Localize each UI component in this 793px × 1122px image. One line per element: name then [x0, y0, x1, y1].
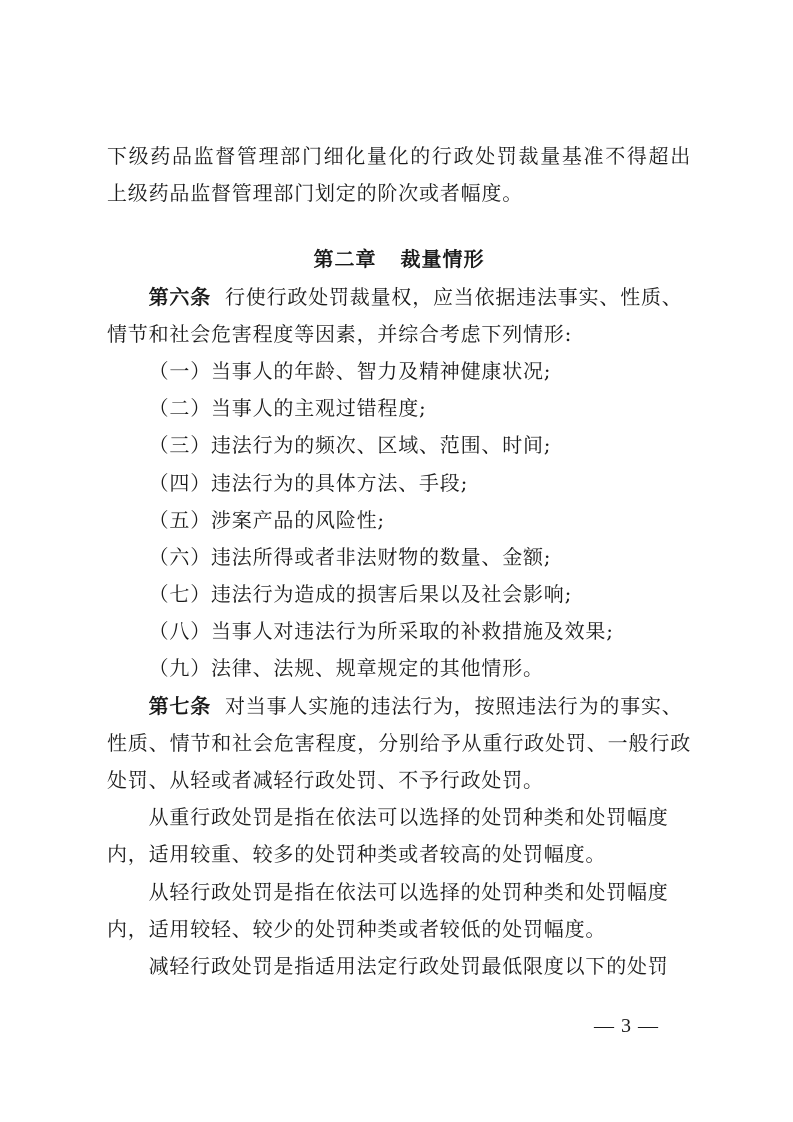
page-number: — 3 — — [594, 1015, 659, 1038]
article-6-line-2: 情节和社会危害程度等因素，并综合考虑下列情形: — [107, 316, 691, 353]
list-item: （一）当事人的年龄、智力及精神健康状况; — [107, 353, 691, 390]
list-item: （三）违法行为的频次、区域、范围、时间; — [107, 427, 691, 464]
list-item: （九）法律、法规、规章规定的其他情形。 — [107, 650, 691, 687]
lighter-penalty-line-1: 从轻行政处罚是指在依法可以选择的处罚种类和处罚幅度 — [107, 874, 691, 911]
heavier-penalty-line-2: 内，适用较重、较多的处罚种类或者较高的处罚幅度。 — [107, 836, 691, 873]
article-7-line-2: 性质、情节和社会危害程度，分别给予从重行政处罚、一般行政 — [107, 725, 691, 762]
heavier-penalty-line-1: 从重行政处罚是指在依法可以选择的处罚种类和处罚幅度 — [107, 799, 691, 836]
list-item: （四）违法行为的具体方法、手段; — [107, 465, 691, 502]
list-item: （五）涉案产品的风险性; — [107, 502, 691, 539]
list-item: （八）当事人对违法行为所采取的补救措施及效果; — [107, 613, 691, 650]
article-6-text-1: 行使行政处罚裁量权，应当依据违法事实、性质、 — [225, 285, 683, 309]
document-page: 下级药品监督管理部门细化量化的行政处罚裁量基准不得超出 上级药品监督管理部门划定… — [107, 138, 691, 985]
chapter-number: 第二章 — [314, 247, 377, 271]
lighter-penalty-line-2: 内，适用较轻、较少的处罚种类或者较低的处罚幅度。 — [107, 911, 691, 948]
continuation-line-1: 下级药品监督管理部门细化量化的行政处罚裁量基准不得超出 — [107, 138, 691, 175]
article-6-label: 第六条 — [149, 285, 211, 309]
continuation-line-2: 上级药品监督管理部门划定的阶次或者幅度。 — [107, 175, 691, 212]
list-item: （二）当事人的主观过错程度; — [107, 390, 691, 427]
article-7-line-3: 处罚、从轻或者减轻行政处罚、不予行政处罚。 — [107, 762, 691, 799]
chapter-title: 裁量情形 — [401, 247, 485, 271]
article-7-text-1: 对当事人实施的违法行为，按照违法行为的事实、 — [225, 694, 683, 718]
list-item: （六）违法所得或者非法财物的数量、金额; — [107, 539, 691, 576]
article-7-line-1: 第七条对当事人实施的违法行为，按照违法行为的事实、 — [107, 688, 691, 725]
mitigated-penalty-line-1: 减轻行政处罚是指适用法定行政处罚最低限度以下的处罚 — [107, 948, 691, 985]
chapter-heading: 第二章裁量情形 — [107, 241, 691, 278]
list-item: （七）违法行为造成的损害后果以及社会影响; — [107, 576, 691, 613]
article-7-label: 第七条 — [149, 694, 211, 718]
article-6-line-1: 第六条行使行政处罚裁量权，应当依据违法事实、性质、 — [107, 279, 691, 316]
